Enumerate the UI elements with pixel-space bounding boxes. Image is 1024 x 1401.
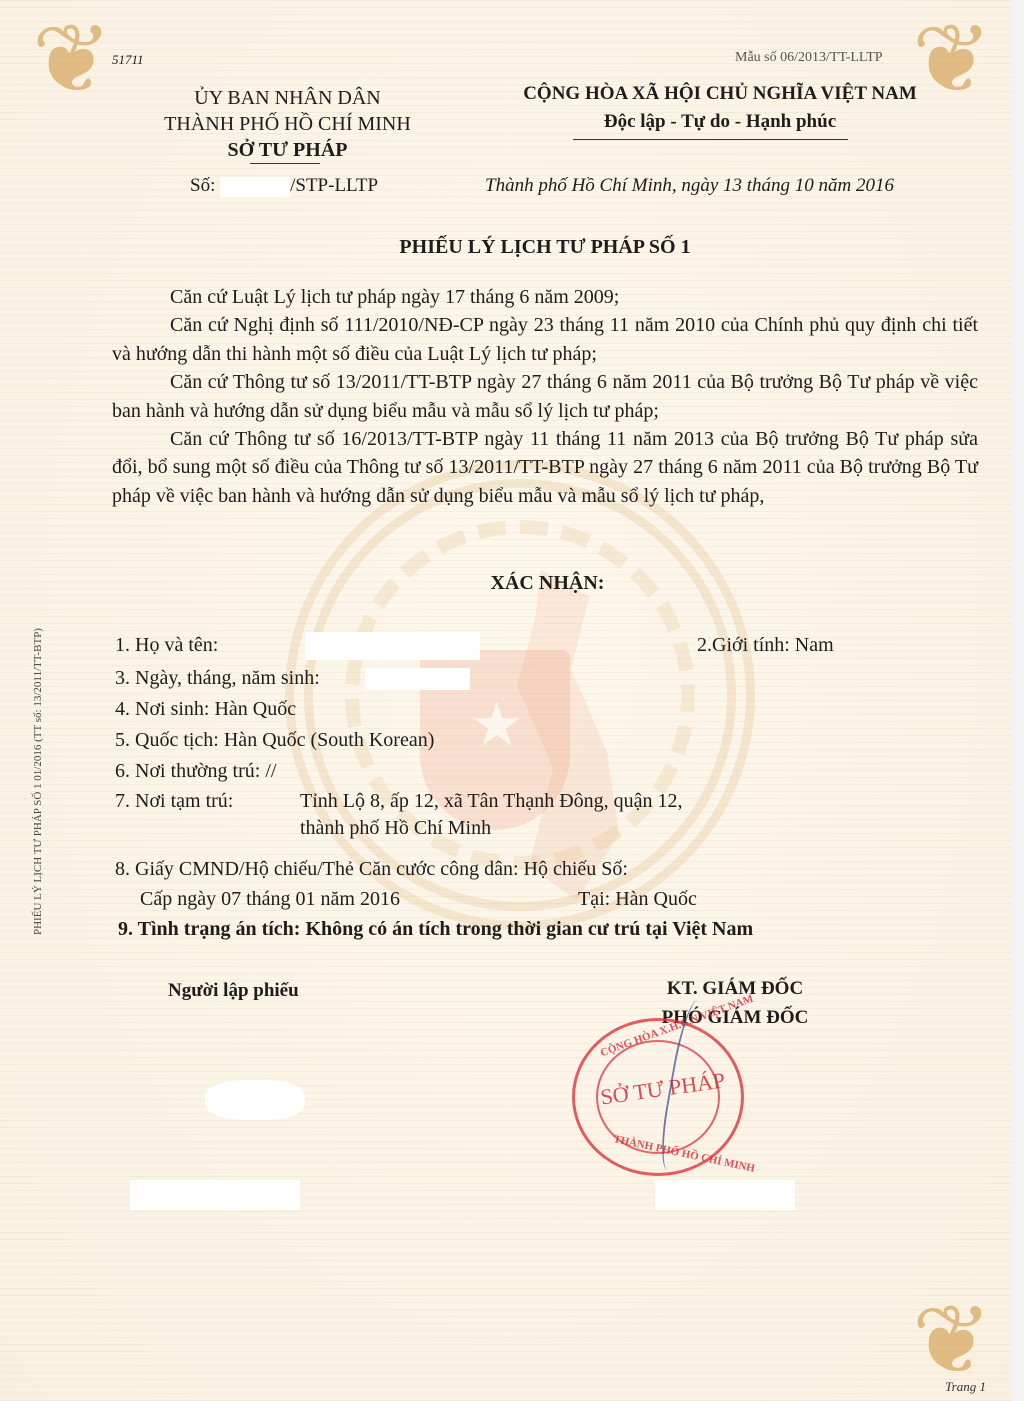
issuer-divider [250, 163, 320, 164]
field-id-issued-place: Tại: Hàn Quốc [578, 888, 697, 911]
redacted-authority-name [655, 1180, 795, 1210]
field-birthplace: 4. Nơi sinh: Hàn Quốc [115, 698, 296, 721]
issuer-line-1: ỦY BAN NHÂN DÂN [150, 85, 425, 111]
issuer-line-3: SỞ TƯ PHÁP [150, 137, 425, 163]
issuer-header: ỦY BAN NHÂN DÂN THÀNH PHỐ HỒ CHÍ MINH SỞ… [150, 85, 425, 163]
national-motto: Độc lập - Tự do - Hạnh phúc [480, 108, 960, 136]
field-full-name-label: 1. Họ và tên: [115, 634, 218, 657]
legal-basis: Căn cứ Luật Lý lịch tư pháp ngày 17 thán… [112, 283, 978, 510]
page-number: Trang 1 [945, 1379, 986, 1395]
legal-basis-item: Căn cứ Thông tư số 13/2011/TT-BTP ngày 2… [112, 368, 978, 425]
place-date: Thành phố Hồ Chí Minh, ngày 13 tháng 10 … [485, 175, 894, 197]
serial-number: 51711 [112, 52, 144, 68]
field-criminal-record-status: 9. Tình trạng án tích: Không có án tích … [118, 918, 753, 941]
field-temporary-residence-line-2: thành phố Hồ Chí Minh [300, 817, 491, 840]
field-permanent-residence: 6. Nơi thường trú: // [115, 760, 276, 783]
field-temporary-residence-line-1: Tỉnh Lộ 8, ấp 12, xã Tân Thạnh Đông, quậ… [300, 790, 683, 813]
motto-divider [573, 139, 848, 140]
redacted-full-name [305, 632, 480, 660]
side-margin-text: PHIẾU LÝ LỊCH TƯ PHÁP SỐ 1 01/2016 (TT s… [32, 628, 44, 935]
legal-basis-item: Căn cứ Nghị định số 111/2010/NĐ-CP ngày … [112, 311, 978, 368]
field-temporary-residence-label: 7. Nơi tạm trú: [115, 790, 233, 813]
legal-basis-item: Căn cứ Thông tư số 16/2013/TT-BTP ngày 1… [112, 425, 978, 510]
field-nationality: 5. Quốc tịch: Hàn Quốc (South Korean) [115, 729, 434, 752]
scan-edge [1012, 0, 1024, 1401]
national-header: CỘNG HÒA XÃ HỘI CHỦ NGHĨA VIỆT NAM Độc l… [480, 80, 960, 136]
field-id-document: 8. Giấy CMND/Hộ chiếu/Thẻ Căn cước công … [115, 858, 628, 881]
star-icon: ★ [470, 690, 524, 760]
document-number: Số: /STP-LLTP [190, 175, 378, 197]
national-header-line-1: CỘNG HÒA XÃ HỘI CHỦ NGHĨA VIỆT NAM [480, 80, 960, 108]
redacted-dob [365, 668, 470, 690]
preparer-label: Người lập phiếu [168, 980, 299, 1002]
field-id-issued-date: Cấp ngày 07 tháng 01 năm 2016 [140, 888, 400, 911]
document-title: PHIẾU LÝ LỊCH TƯ PHÁP SỐ 1 [0, 236, 1024, 259]
form-code: Mẫu số 06/2013/TT-LLTP [735, 50, 883, 66]
legal-basis-item: Căn cứ Luật Lý lịch tư pháp ngày 17 thán… [112, 283, 978, 311]
issuer-line-2: THÀNH PHỐ HỒ CHÍ MINH [150, 111, 425, 137]
redacted-number [220, 177, 290, 197]
confirm-heading: XÁC NHẬN: [0, 572, 1024, 595]
field-dob-label: 3. Ngày, tháng, năm sinh: [115, 667, 320, 690]
redacted-preparer-name [130, 1180, 300, 1210]
redacted-preparer-signature [205, 1080, 305, 1120]
field-gender: 2.Giới tính: Nam [697, 634, 834, 657]
